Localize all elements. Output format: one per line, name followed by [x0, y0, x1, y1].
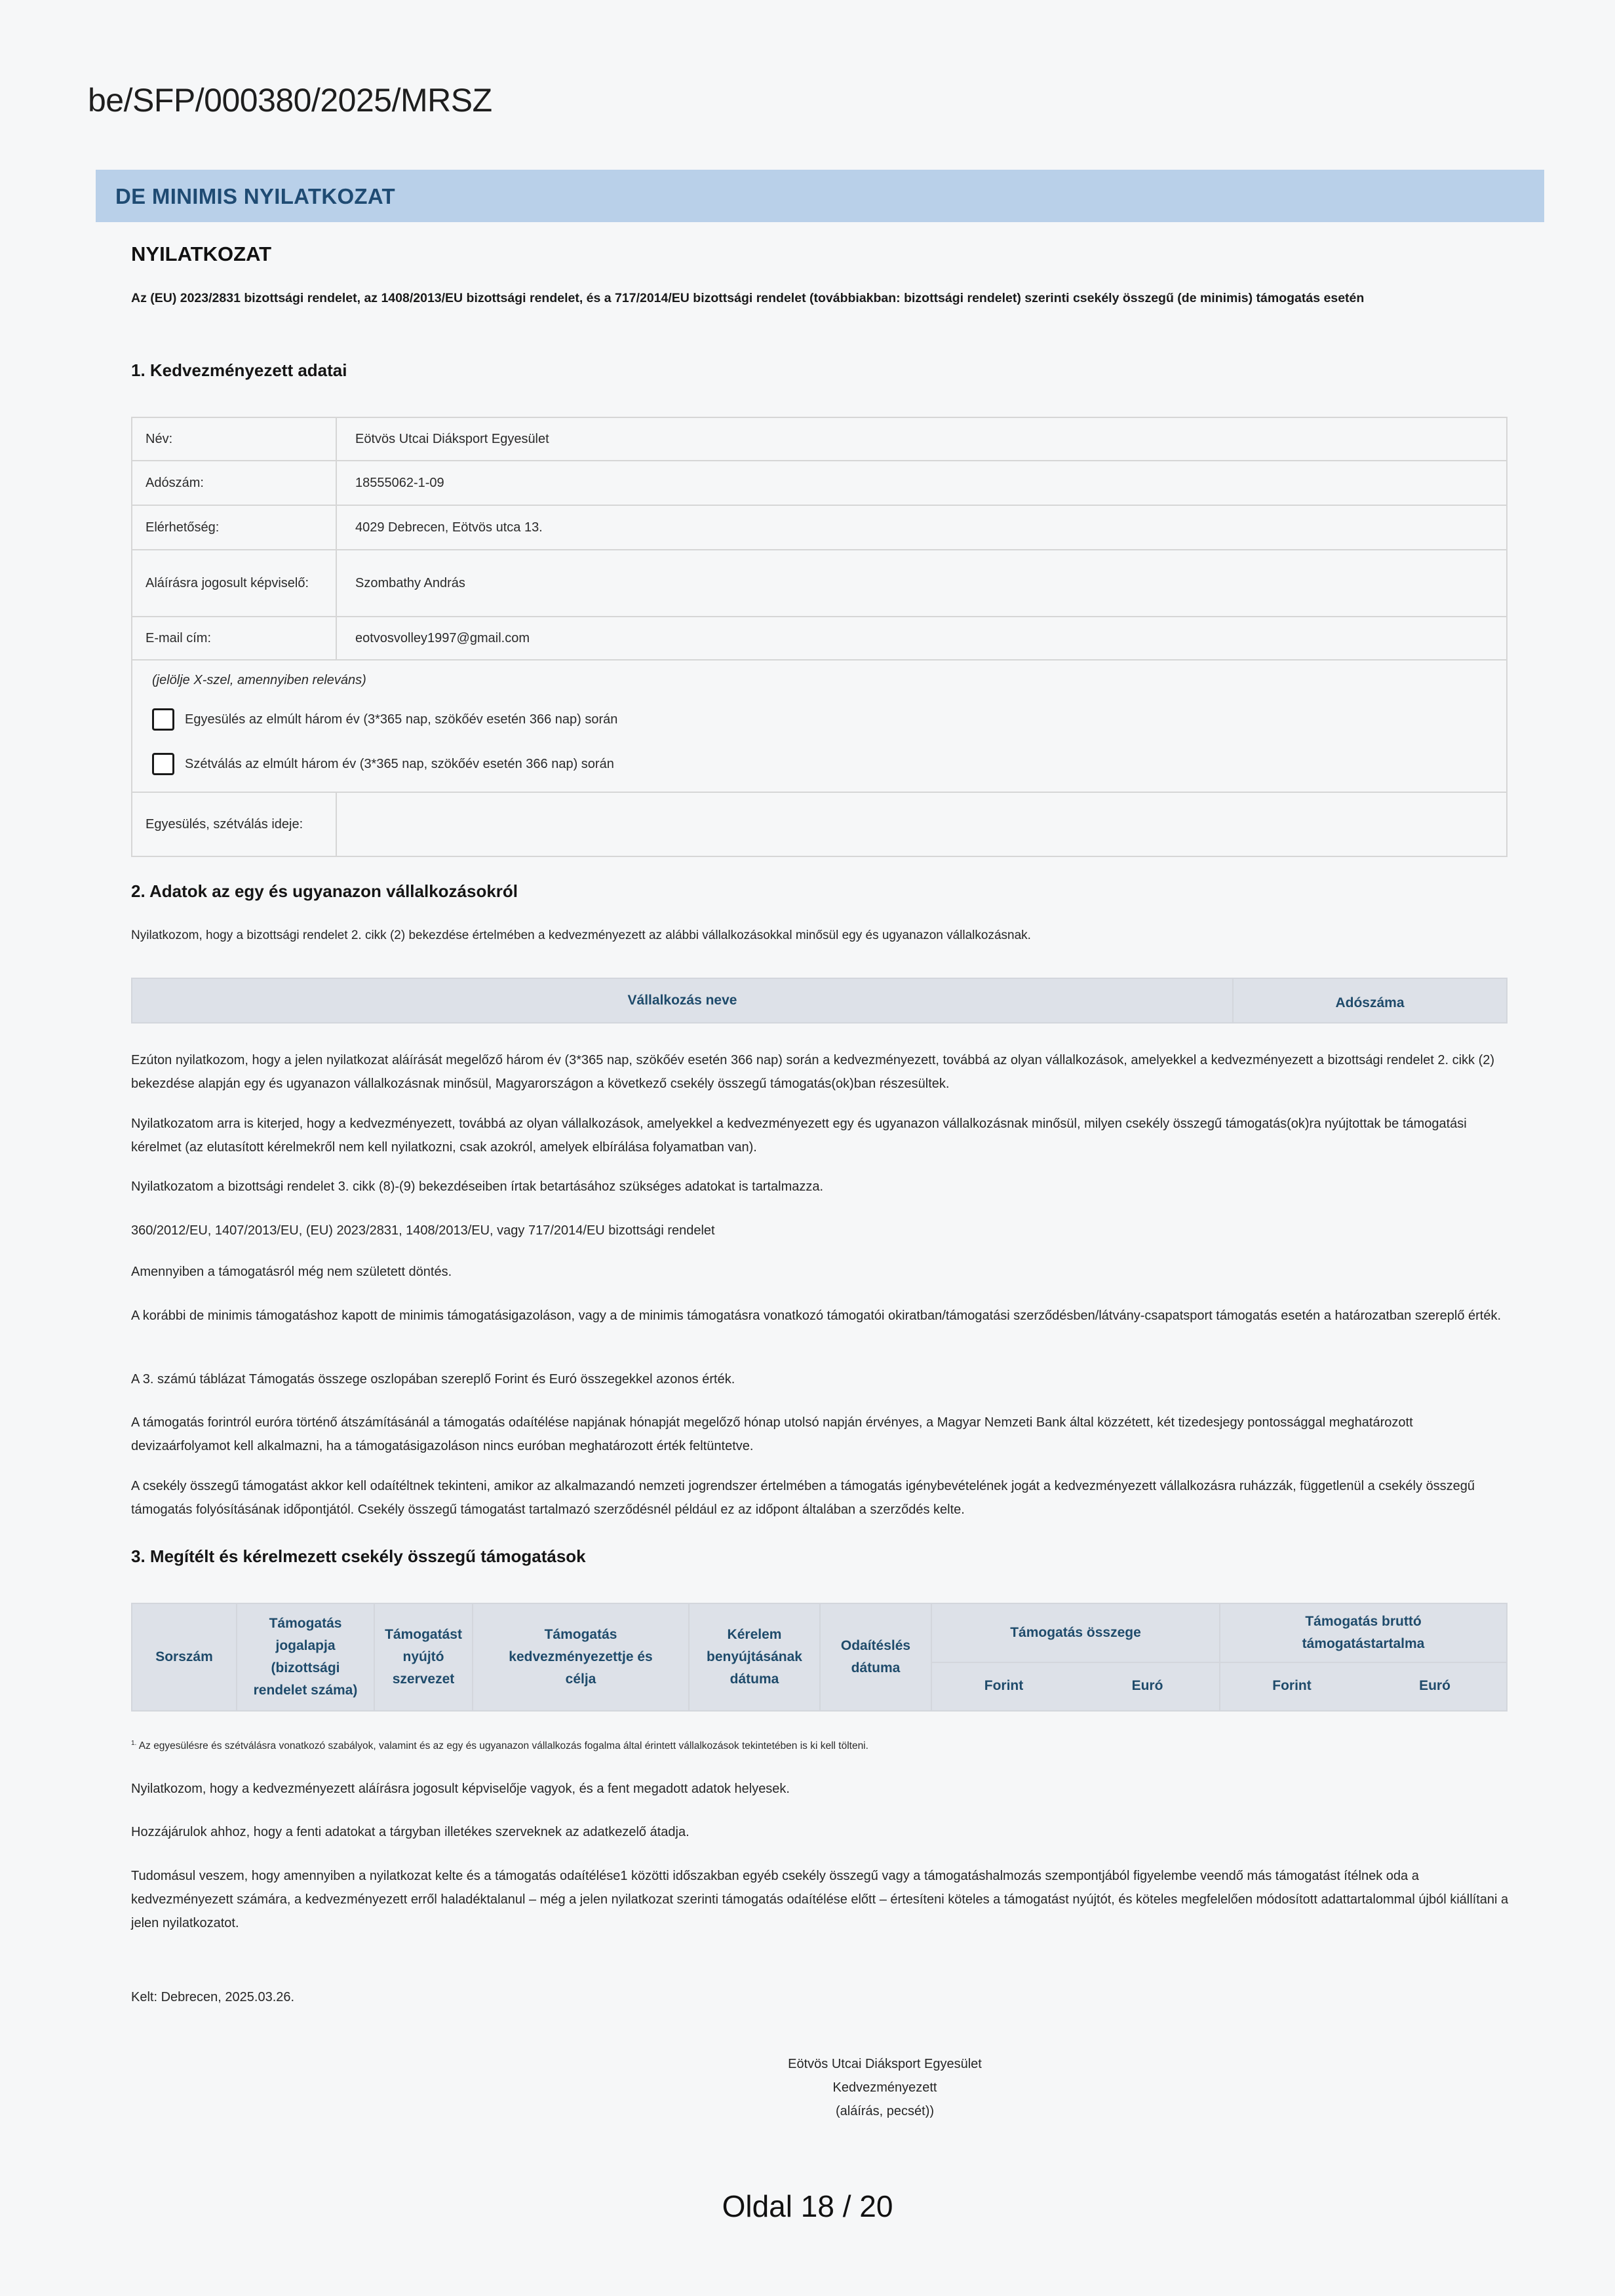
declaration-heading: NYILATKOZAT [131, 242, 271, 266]
representative-field[interactable]: Szombathy András [336, 550, 1507, 617]
footnote-text: Az egyesülésre és szétválásra vonatkozó … [139, 1740, 868, 1751]
table-row: E-mail cím: eotvosvolley1997@gmail.com [132, 617, 1507, 660]
paragraph: Amennyiben a támogatásról még nem szület… [131, 1260, 1514, 1284]
field-label: Egyesülés, szétválás ideje: [132, 792, 336, 856]
column-header-sorszam: Sorszám [132, 1604, 237, 1710]
table-row: Elérhetőség: 4029 Debrecen, Eötvös utca … [132, 505, 1507, 550]
closing-statement: Hozzájárulok ahhoz, hogy a fenti adatoka… [131, 1820, 1514, 1844]
closing-statement: Tudomásul veszem, hogy amennyiben a nyil… [131, 1864, 1514, 1935]
table-row: Egyesülés, szétválás ideje: [132, 792, 1507, 856]
paragraph: Ezúton nyilatkozom, hogy a jelen nyilatk… [131, 1048, 1514, 1096]
reference-number: be/SFP/000380/2025/MRSZ [88, 81, 492, 119]
split-checkbox[interactable] [152, 753, 174, 775]
footnote-marker: 1. [131, 1740, 136, 1747]
name-field[interactable]: Eötvös Utcai Diáksport Egyesület [336, 417, 1507, 461]
column-header-kerelem: Kérelem benyújtásának dátuma [690, 1604, 821, 1710]
field-label: Adószám: [132, 461, 336, 505]
related-companies-table-header: Vállalkozás neve Adószáma [131, 978, 1508, 1024]
checkbox-note: (jelölje X-szel, amennyiben releváns) [146, 663, 1493, 697]
column-header-osszeg-forint: Forint [932, 1662, 1076, 1710]
column-header-kedvezmenyezett: Támogatás kedvezményezettje és célja [473, 1604, 690, 1710]
field-label: Aláírásra jogosult képviselő: [132, 550, 336, 617]
closing-statement: Nyilatkozom, hogy a kedvezményezett aláí… [131, 1777, 1514, 1801]
footnote: 1. Az egyesülésre és szétválásra vonatko… [131, 1740, 868, 1752]
signature-role: Kedvezményezett [655, 2076, 1114, 2099]
field-label: E-mail cím: [132, 617, 336, 660]
tax-number-field[interactable]: 18555062-1-09 [336, 461, 1507, 505]
column-header-brutto: Támogatás bruttó támogatástartalma [1220, 1604, 1506, 1663]
table-row: Aláírásra jogosult képviselő: Szombathy … [132, 550, 1507, 617]
merger-checkbox-row[interactable]: Egyesülés az elmúlt három év (3*365 nap,… [146, 697, 1493, 742]
page-indicator: Oldal 18 / 20 [0, 2189, 1615, 2224]
paragraph: A támogatás forintról euróra történő áts… [131, 1411, 1514, 1458]
aid-table-header: Sorszám Támogatás jogalapja (bizottsági … [131, 1603, 1508, 1712]
table-row: Adószám: 18555062-1-09 [132, 461, 1507, 505]
table-row: (jelölje X-szel, amennyiben releváns) Eg… [132, 660, 1507, 792]
section2-title: 2. Adatok az egy és ugyanazon vállalkozá… [131, 881, 518, 902]
section3-title: 3. Megítélt és kérelmezett csekély össze… [131, 1546, 586, 1567]
merger-checkbox-label: Egyesülés az elmúlt három év (3*365 nap,… [185, 712, 617, 727]
field-label: Név: [132, 417, 336, 461]
paragraph: A 3. számú táblázat Támogatás összege os… [131, 1368, 1514, 1391]
column-header-osszeg-euro: Euró [1076, 1662, 1219, 1710]
title-banner: DE MINIMIS NYILATKOZAT [96, 170, 1544, 222]
signature-org: Eötvös Utcai Diáksport Egyesület [655, 2052, 1114, 2076]
column-group-brutto: Támogatás bruttó támogatástartalma Forin… [1220, 1604, 1506, 1710]
paragraph: Nyilatkozatom a bizottsági rendelet 3. c… [131, 1175, 1514, 1198]
paragraph: Nyilatkozatom arra is kiterjed, hogy a k… [131, 1112, 1514, 1159]
column-header-nyujto: Támogatást nyújtó szervezet [375, 1604, 473, 1710]
column-header-osszeg: Támogatás összege [932, 1604, 1219, 1663]
beneficiary-table: Név: Eötvös Utcai Diáksport Egyesület Ad… [131, 417, 1508, 857]
banner-title: DE MINIMIS NYILATKOZAT [115, 184, 395, 209]
address-field[interactable]: 4029 Debrecen, Eötvös utca 13. [336, 505, 1507, 550]
paragraph: A korábbi de minimis támogatáshoz kapott… [131, 1304, 1514, 1328]
email-field[interactable]: eotvosvolley1997@gmail.com [336, 617, 1507, 660]
column-header-company-name: Vállalkozás neve [132, 979, 1234, 1022]
signature-note: (aláírás, pecsét)) [655, 2099, 1114, 2123]
column-header-odaiteles: Odaítéslés dátuma [821, 1604, 932, 1710]
paragraph: A csekély összegű támogatást akkor kell … [131, 1474, 1514, 1521]
column-header-brutto-forint: Forint [1220, 1662, 1363, 1710]
merger-split-cell: (jelölje X-szel, amennyiben releváns) Eg… [132, 660, 1507, 792]
table-row: Név: Eötvös Utcai Diáksport Egyesület [132, 417, 1507, 461]
merger-date-field[interactable] [336, 792, 1507, 856]
place-date: Kelt: Debrecen, 2025.03.26. [131, 1985, 1514, 2009]
split-checkbox-label: Szétválás az elmúlt három év (3*365 nap,… [185, 757, 614, 772]
merger-checkbox[interactable] [152, 708, 174, 731]
column-header-jogalap: Támogatás jogalapja (bizottsági rendelet… [237, 1604, 375, 1710]
column-group-osszeg: Támogatás összege Forint Euró [932, 1604, 1220, 1710]
section1-title: 1. Kedvezményezett adatai [131, 360, 347, 381]
column-header-tax-number: Adószáma [1234, 979, 1506, 1022]
field-label: Elérhetőség: [132, 505, 336, 550]
split-checkbox-row[interactable]: Szétválás az elmúlt három év (3*365 nap,… [146, 742, 1493, 786]
paragraph: 360/2012/EU, 1407/2013/EU, (EU) 2023/283… [131, 1219, 1514, 1242]
intro-text: Az (EU) 2023/2831 bizottsági rendelet, a… [131, 285, 1514, 311]
section2-statement: Nyilatkozom, hogy a bizottsági rendelet … [131, 924, 1514, 947]
column-header-brutto-euro: Euró [1363, 1662, 1506, 1710]
